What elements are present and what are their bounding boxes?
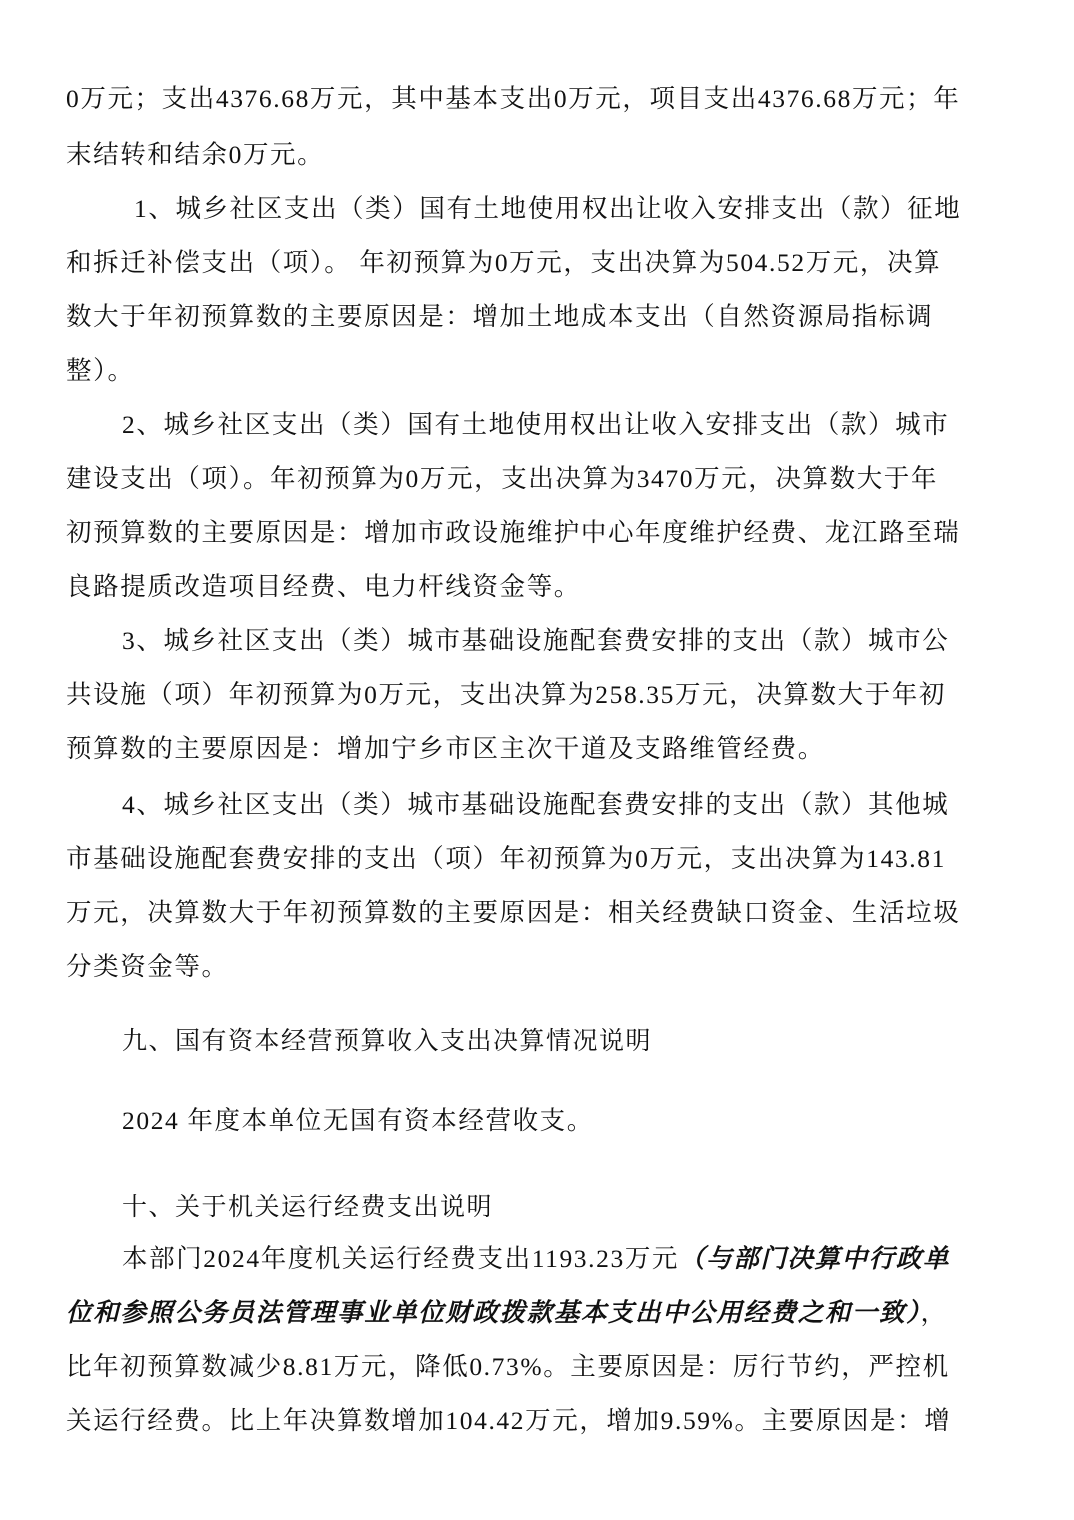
item-4-line-1: 4、城乡社区支出（类）城市基础设施配套费安排的支出（款）其他城 bbox=[122, 790, 949, 820]
item-1-line-4: 整）。 bbox=[66, 356, 135, 386]
section-10-line-2-normal: ， bbox=[920, 1298, 947, 1327]
item-3-line-2: 共设施（项）年初预算为0万元，支出决算为258.35万元，决算数大于年初 bbox=[66, 680, 946, 710]
section-10-heading: 十、关于机关运行经费支出说明 bbox=[122, 1192, 493, 1222]
section-10-line-1: 本部门2024年度机关运行经费支出1193.23万元（与部门决算中行政单 bbox=[122, 1244, 950, 1274]
document-page: 0万元；支出4376.68万元，其中基本支出0万元，项目支出4376.68万元；… bbox=[0, 0, 1074, 1520]
item-2-line-3: 初预算数的主要原因是：增加市政设施维护中心年度维护经费、龙江路至瑞 bbox=[66, 518, 960, 548]
item-2-line-2: 建设支出（项）。年初预算为0万元，支出决算为3470万元，决算数大于年 bbox=[66, 464, 938, 494]
item-2-line-1: 2、城乡社区支出（类）国有土地使用权出让收入安排支出（款）城市 bbox=[122, 410, 949, 440]
continuation-line-2: 末结转和结余0万元。 bbox=[66, 140, 324, 170]
section-9-heading: 九、国有资本经营预算收入支出决算情况说明 bbox=[122, 1026, 652, 1056]
item-4-line-4: 分类资金等。 bbox=[66, 952, 229, 982]
section-10-line-1-emphasis: （与部门决算中行政单 bbox=[679, 1244, 950, 1273]
section-10-line-4: 关运行经费。比上年决算数增加104.42万元，增加9.59%。主要原因是：增 bbox=[66, 1406, 951, 1436]
continuation-line-1: 0万元；支出4376.68万元，其中基本支出0万元，项目支出4376.68万元；… bbox=[66, 84, 960, 114]
item-3-line-3: 预算数的主要原因是：增加宁乡市区主次干道及支路维管经费。 bbox=[66, 734, 825, 764]
item-3-line-1: 3、城乡社区支出（类）城市基础设施配套费安排的支出（款）城市公 bbox=[122, 626, 949, 656]
item-1-line-1: 1、城乡社区支出（类）国有土地使用权出让收入安排支出（款）征地 bbox=[134, 194, 961, 224]
item-4-line-2: 市基础设施配套费安排的支出（项）年初预算为0万元，支出决算为143.81 bbox=[66, 844, 946, 874]
section-9-body: 2024 年度本单位无国有资本经营收支。 bbox=[122, 1106, 594, 1136]
item-1-line-3: 数大于年初预算数的主要原因是：增加土地成本支出（自然资源局指标调 bbox=[66, 302, 933, 332]
item-4-line-3: 万元，决算数大于年初预算数的主要原因是：相关经费缺口资金、生活垃圾 bbox=[66, 898, 960, 928]
section-10-line-3: 比年初预算数减少8.81万元，降低0.73%。主要原因是：厉行节约，严控机 bbox=[66, 1352, 950, 1382]
section-10-line-1-normal: 本部门2024年度机关运行经费支出1193.23万元 bbox=[122, 1244, 679, 1273]
section-10-line-2-emphasis: 位和参照公务员法管理事业单位财政拨款基本支出中公用经费之和一致） bbox=[66, 1298, 920, 1327]
section-10-line-2: 位和参照公务员法管理事业单位财政拨款基本支出中公用经费之和一致）， bbox=[66, 1298, 948, 1328]
item-1-line-2: 和拆迁补偿支出（项）。 年初预算为0万元，支出决算为504.52万元，决算 bbox=[66, 248, 941, 278]
item-2-line-4: 良路提质改造项目经费、电力杆线资金等。 bbox=[66, 572, 581, 602]
